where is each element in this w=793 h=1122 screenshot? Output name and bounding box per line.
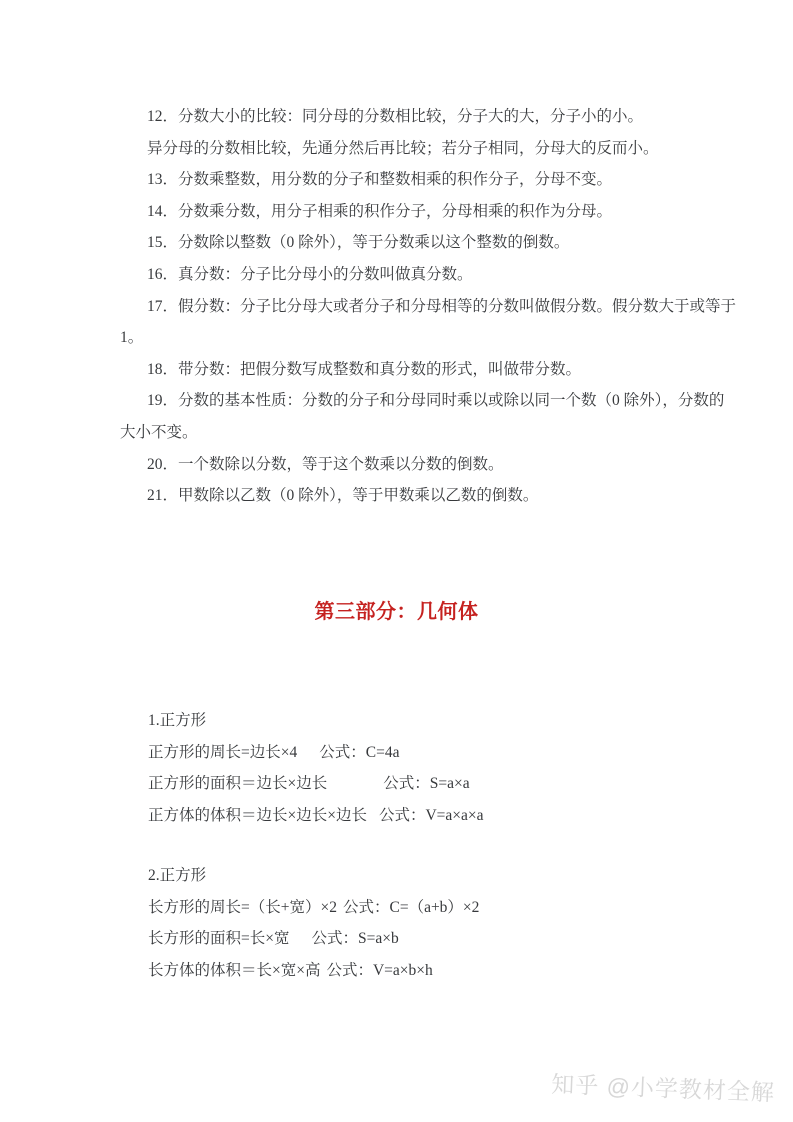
note-line-21: 21．甲数除以乙数（0 除外），等于甲数乘以乙数的倒数。 bbox=[120, 480, 710, 512]
cube-volume-formula: 公式：V=a×a×a bbox=[379, 800, 484, 832]
rectangle-section: 2.正方形 长方形的周长=（长+宽）×2公式：C=（a+b）×2 长方形的面积=… bbox=[148, 860, 479, 986]
note-line-18: 18．带分数：把假分数写成整数和真分数的形式，叫做带分数。 bbox=[120, 354, 710, 386]
note-line-12b: 异分母的分数相比较，先通分然后再比较；若分子相同，分母大的反而小。 bbox=[120, 133, 710, 165]
note-line-16: 16．真分数：分子比分母小的分数叫做真分数。 bbox=[120, 259, 710, 291]
fraction-notes-block: 12．分数大小的比较：同分母的分数相比较，分子大的大，分子小的小。 异分母的分数… bbox=[120, 101, 710, 512]
note-line-19b: 大小不变。 bbox=[120, 417, 710, 449]
note-line-15: 15．分数除以整数（0 除外），等于分数乘以这个整数的倒数。 bbox=[120, 227, 710, 259]
square-perimeter-label: 正方形的周长=边长×4 bbox=[148, 744, 297, 761]
part-heading: 第三部分：几何体 bbox=[0, 597, 793, 627]
cuboid-volume-label: 长方体的体积＝长×宽×高 bbox=[148, 962, 320, 979]
cuboid-volume-line: 长方体的体积＝长×宽×高公式：V=a×b×h bbox=[148, 955, 479, 987]
rectangle-area-line: 长方形的面积=长×宽公式：S=a×b bbox=[148, 923, 479, 955]
note-line-17b: 1。 bbox=[120, 322, 710, 354]
square-section-title: 1.正方形 bbox=[148, 705, 484, 737]
rectangle-perimeter-label: 长方形的周长=（长+宽）×2 bbox=[148, 899, 337, 916]
cube-volume-line: 正方体的体积＝边长×边长×边长公式：V=a×a×a bbox=[148, 800, 484, 832]
square-perimeter-formula: 公式：C=4a bbox=[319, 737, 399, 769]
note-line-20: 20．一个数除以分数，等于这个数乘以分数的倒数。 bbox=[120, 449, 710, 481]
square-perimeter-line: 正方形的周长=边长×4公式：C=4a bbox=[148, 737, 484, 769]
rectangle-perimeter-line: 长方形的周长=（长+宽）×2公式：C=（a+b）×2 bbox=[148, 892, 479, 924]
square-section: 1.正方形 正方形的周长=边长×4公式：C=4a 正方形的面积＝边长×边长公式：… bbox=[148, 705, 484, 831]
rectangle-area-formula: 公式：S=a×b bbox=[311, 923, 398, 955]
cube-volume-label: 正方体的体积＝边长×边长×边长 bbox=[148, 807, 367, 824]
rectangle-area-label: 长方形的面积=长×宽 bbox=[148, 930, 289, 947]
zhihu-watermark: 知乎 @小学教材全解 bbox=[551, 1066, 776, 1108]
note-line-14: 14．分数乘分数，用分子相乘的积作分子，分母相乘的积作为分母。 bbox=[120, 196, 710, 228]
document-page: 12．分数大小的比较：同分母的分数相比较，分子大的大，分子小的小。 异分母的分数… bbox=[0, 0, 793, 1122]
rectangle-perimeter-formula: 公式：C=（a+b）×2 bbox=[343, 892, 479, 924]
square-area-formula: 公式：S=a×a bbox=[383, 768, 469, 800]
note-line-19: 19．分数的基本性质：分数的分子和分母同时乘以或除以同一个数（0 除外），分数的 bbox=[120, 385, 710, 417]
note-line-13: 13．分数乘整数，用分数的分子和整数相乘的积作分子，分母不变。 bbox=[120, 164, 710, 196]
cuboid-volume-formula: 公式：V=a×b×h bbox=[326, 955, 432, 987]
rectangle-section-title: 2.正方形 bbox=[148, 860, 479, 892]
note-line-17: 17．假分数：分子比分母大或者分子和分母相等的分数叫做假分数。假分数大于或等于 bbox=[120, 291, 710, 323]
square-area-label: 正方形的面积＝边长×边长 bbox=[148, 775, 327, 792]
note-line-12: 12．分数大小的比较：同分母的分数相比较，分子大的大，分子小的小。 bbox=[120, 101, 710, 133]
square-area-line: 正方形的面积＝边长×边长公式：S=a×a bbox=[148, 768, 484, 800]
